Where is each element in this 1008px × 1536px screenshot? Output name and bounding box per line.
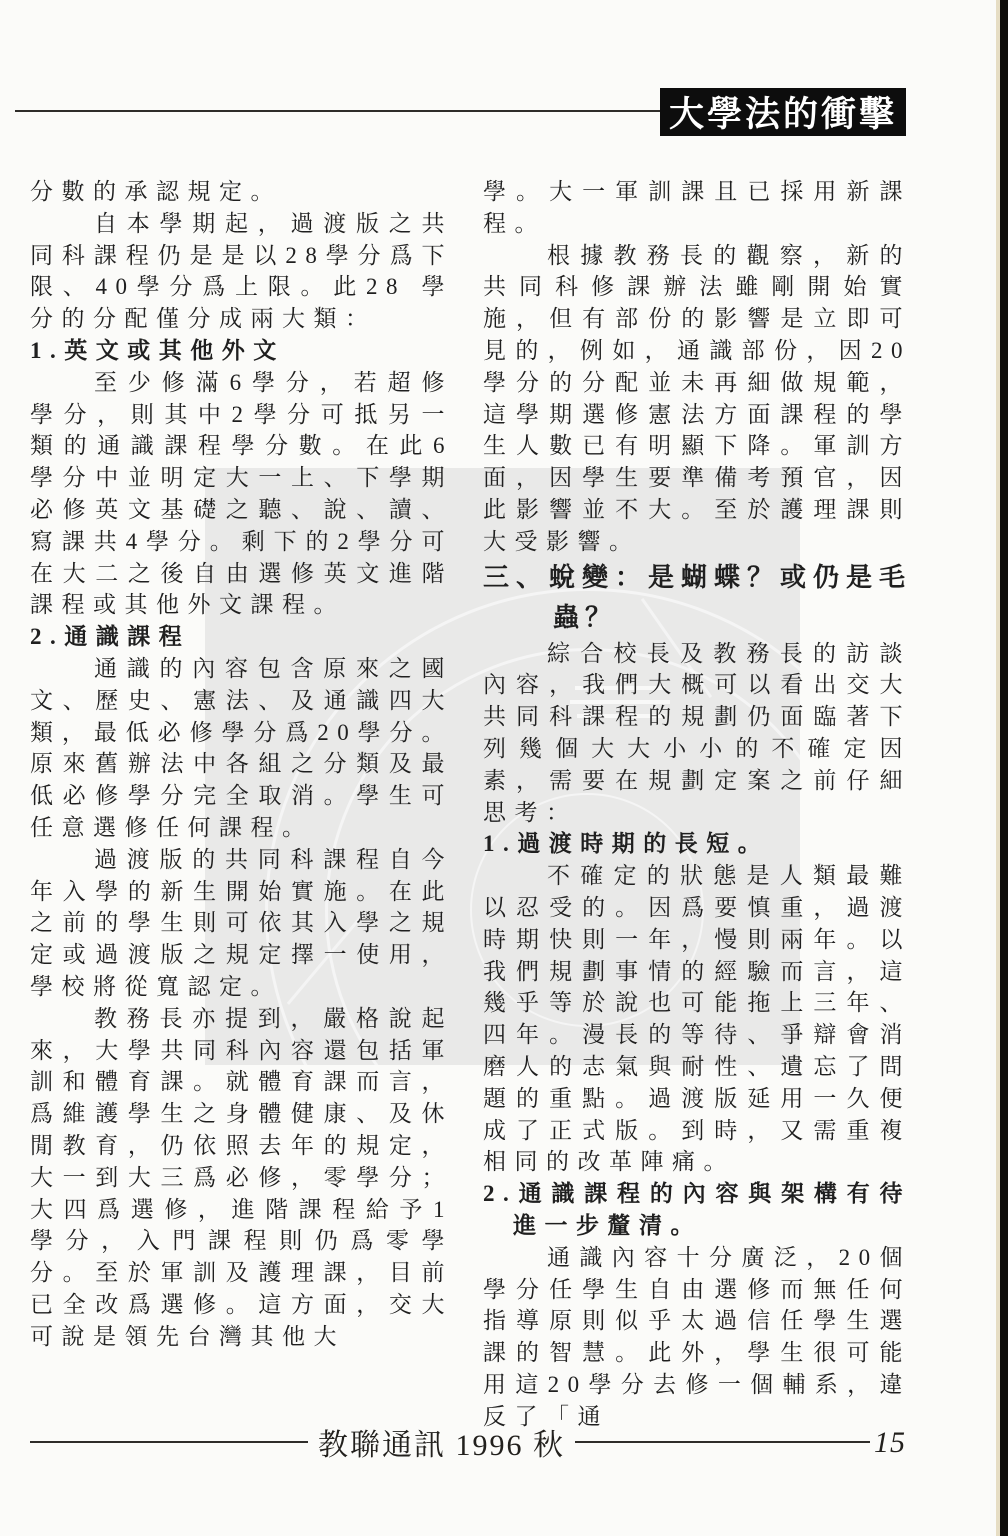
paragraph: 分數的承認規定。 [30,176,453,208]
subheading-transition-period: 1.過渡時期的長短。 [483,828,911,860]
paragraph: 通識內容十分廣泛，20個學分任學生自由選修而無任何指導原則似乎太過信任學生選課的… [483,1242,911,1433]
paragraph: 綜合校長及教務長的訪談內容，我們大概可以看出交大共同科課程的規劃仍面臨著下列幾個… [483,638,911,829]
subheading-english: 1.英文或其他外文 [30,335,453,367]
page-number: 15 [874,1426,906,1460]
section-heading-metamorphosis: 三、蛻變：是蝴蝶？或仍是毛蟲？ [483,558,911,638]
magazine-page: { "header": { "article_title": "大學法的衝擊" … [0,0,1008,1536]
footer-rule-left [30,1441,308,1443]
article-title: 大學法的衝擊 [669,87,897,137]
right-column: 學。大一軍訓課且已採用新課程。 根據教務長的觀察，新的共同科修課辦法雖剛開始實施… [483,176,911,1432]
paragraph: 不確定的狀態是人類最難以忍受的。因爲要慎重，過渡時期快則一年，慢則兩年。以我們規… [483,860,911,1178]
header-rule [15,110,665,112]
footer: 教聯通訊 1996 秋 [30,1424,870,1460]
article-title-banner: 大學法的衝擊 [660,88,906,136]
page-edge-shadow [1000,0,1008,1536]
subheading-curriculum-structure: 2.通識課程的內容與架構有待進一步釐清。 [483,1178,911,1242]
paragraph: 至少修滿6學分，若超修學分，則其中2學分可抵另一類的通識課程學分數。在此6 學分… [30,367,453,621]
footer-journal-title: 教聯通訊 1996 秋 [318,1420,565,1464]
paragraph: 過渡版的共同科課程自今年入學的新生開始實施。在此之前的學生則可依其入學之規定或過… [30,844,453,1003]
paragraph: 根據教務長的觀察，新的共同科修課辦法雖剛開始實施，但有部份的影響是立即可見的，例… [483,240,911,558]
paragraph: 通識的內容包含原來之國文、歷史、憲法、及通識四大類，最低必修學分爲20學分。原來… [30,653,453,844]
footer-rule-right [575,1441,870,1443]
subheading-general-education: 2.通識課程 [30,621,453,653]
paragraph: 教務長亦提到，嚴格說起來，大學共同科內容還包括軍訓和體育課。就體育課而言，爲維護… [30,1003,453,1353]
paragraph: 自本學期起，過渡版之共同科課程仍是是以28學分爲下限、40學分爲上限。此28 學… [30,208,453,335]
left-column: 分數的承認規定。 自本學期起，過渡版之共同科課程仍是是以28學分爲下限、40學分… [30,176,453,1352]
paragraph: 學。大一軍訓課且已採用新課程。 [483,176,911,240]
